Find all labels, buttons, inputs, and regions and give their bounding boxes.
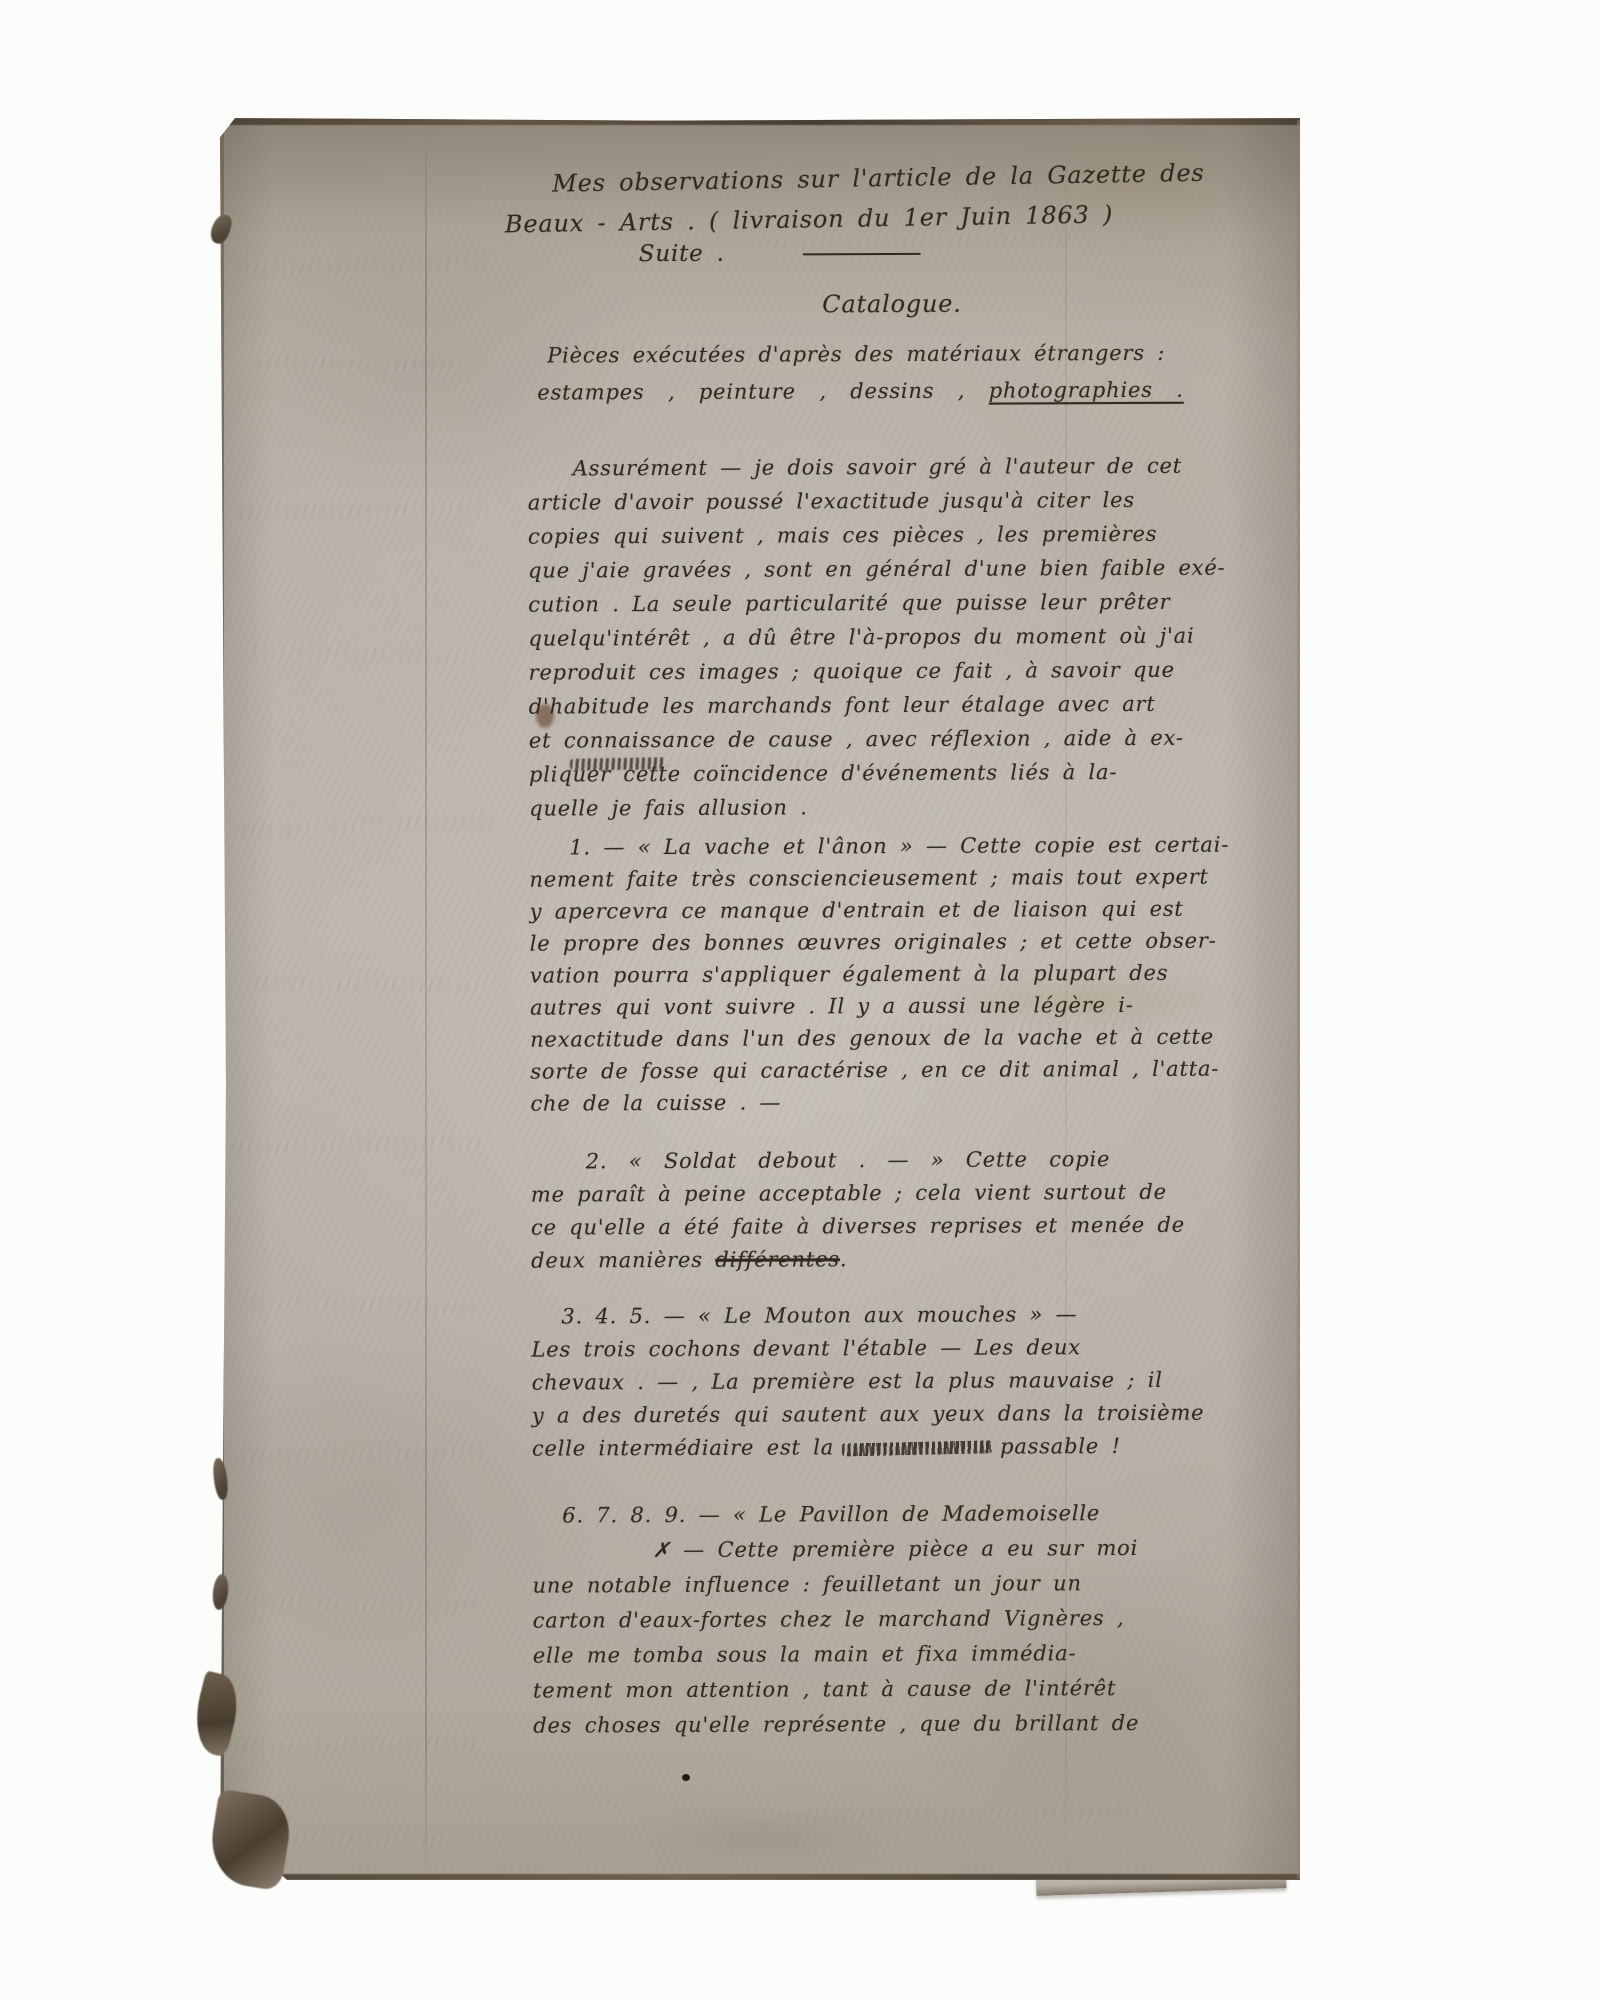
text-line: quelqu'intérêt , a dû être l'à-propos du… xyxy=(528,618,1258,655)
text-line: 1. — « La vache et l'ânon » — Cette copi… xyxy=(569,828,1259,863)
intro-block: Pièces exécutées d'après des matériaux é… xyxy=(527,334,1257,411)
text-line: article d'avoir poussé l'exactitude jusq… xyxy=(528,482,1258,519)
struck-word: différentes xyxy=(715,1247,840,1272)
bleedthrough-text xyxy=(238,254,488,278)
text-line: copies qui suivent , mais ces pièces , l… xyxy=(528,516,1258,553)
manuscript-page: Mes observations sur l'article de la Gaz… xyxy=(220,118,1300,1880)
vertical-fold-line xyxy=(425,118,427,1880)
underlined-word: photographies . xyxy=(989,378,1184,403)
text-line: estampes , peinture , dessins , photogra… xyxy=(537,371,1257,411)
text-line: che de la cuisse . — xyxy=(530,1084,1260,1119)
text-line: deux manières différentes. xyxy=(531,1241,1261,1277)
subtitle: Suite . xyxy=(639,238,1369,267)
bleedthrough-text xyxy=(246,644,481,666)
text-line: 6. 7. 8. 9. — « Le Pavillon de Mademoise… xyxy=(562,1495,1262,1533)
text-line: ✗ — Cette première pièce a eu sur moi xyxy=(652,1530,1262,1568)
catalogue-item-3-4-5: 3. 4. 5. — « Le Mouton aux mouches » — L… xyxy=(531,1297,1262,1465)
text-line: celle intermédiaire est lapassable ! xyxy=(532,1429,1262,1465)
paragraph-opening: Assurément — je dois savoir gré à l'aute… xyxy=(528,448,1260,825)
bleedthrough-text xyxy=(232,501,487,520)
text-line: des choses qu'elle représente , que du b… xyxy=(533,1705,1263,1743)
text-segment: celle intermédiaire est la xyxy=(532,1435,834,1460)
catalogue-item-6-7-8-9: 6. 7. 8. 9. — « Le Pavillon de Mademoise… xyxy=(532,1495,1263,1743)
catalogue-item-2: 2. « Soldat debout . — » Cette copie me … xyxy=(531,1142,1262,1277)
text-line: autres qui vont suivre . Il y a aussi un… xyxy=(530,988,1260,1023)
text-line: 3. 4. 5. — « Le Mouton aux mouches » — xyxy=(561,1297,1261,1333)
bleedthrough-text xyxy=(236,1736,481,1754)
bleedthrough-text xyxy=(250,356,460,373)
text-segment: deux manières xyxy=(531,1248,703,1273)
text-line: une notable influence : feuilletant un j… xyxy=(532,1565,1262,1603)
dash-stroke xyxy=(803,253,921,256)
bleedthrough-text xyxy=(235,813,495,837)
text-line: chevaux . — , La première est la plus ma… xyxy=(532,1363,1262,1399)
text-line: me paraît à peine acceptable ; cela vien… xyxy=(531,1175,1261,1211)
text-line: sorte de fosse qui caractérise , en ce d… xyxy=(530,1052,1260,1087)
text-line: elle me tomba sous la main et fixa imméd… xyxy=(533,1635,1263,1673)
text-line: reproduit ces images ; quoique ce fait ,… xyxy=(528,652,1258,689)
text-segment: . xyxy=(840,1247,848,1271)
scratched-out-word xyxy=(842,1440,992,1456)
text-line: tement mon attention , tant à cause de l… xyxy=(533,1670,1263,1708)
text-line: y apercevra ce manque d'entrain et de li… xyxy=(530,892,1260,927)
text-segment: estampes , peinture , dessins , xyxy=(537,379,965,405)
text-segment: passable ! xyxy=(1000,1434,1121,1459)
text-line: pliquer cette coïncidence d'événements l… xyxy=(529,754,1259,791)
text-line: vation pourra s'appliquer également à la… xyxy=(530,956,1260,991)
subtitle-text: Suite . xyxy=(639,241,725,267)
text-line: cution . La seule particularité que puis… xyxy=(528,584,1258,621)
text-line: carton d'eaux-fortes chez le marchand Vi… xyxy=(533,1600,1263,1638)
bleedthrough-text xyxy=(234,1444,489,1468)
section-heading: Catalogue. xyxy=(527,288,1257,319)
bleedthrough-text xyxy=(246,1596,476,1613)
catalogue-item-1: 1. — « La vache et l'ânon » — Cette copi… xyxy=(529,828,1260,1119)
bleedthrough-text xyxy=(232,1136,482,1155)
text-line: y a des duretés qui sautent aux yeux dan… xyxy=(532,1396,1262,1432)
text-line: Assurément — je dois savoir gré à l'aute… xyxy=(573,448,1258,485)
photograph-background: Mes observations sur l'article de la Gaz… xyxy=(0,0,1600,2000)
text-line: quelle je fais allusion . xyxy=(529,788,1259,825)
text-line: 2. « Soldat debout . — » Cette copie xyxy=(586,1142,1261,1178)
page-right-edge xyxy=(1297,120,1300,1878)
text-line: nexactitude dans l'un des genoux de la v… xyxy=(530,1020,1260,1055)
bleedthrough-text xyxy=(248,976,488,993)
text-line: Les trois cochons devant l'étable — Les … xyxy=(531,1330,1261,1366)
text-line: et connaissance de cause , avec réflexio… xyxy=(529,720,1259,757)
text-line: nement faite très consciencieusement ; m… xyxy=(529,860,1259,895)
text-line: le propre des bonnes œuvres originales ;… xyxy=(530,924,1260,959)
text-line: Pièces exécutées d'après des matériaux é… xyxy=(547,334,1257,374)
text-line: ce qu'elle a été faite à diverses repris… xyxy=(531,1208,1261,1244)
bleedthrough-text xyxy=(244,1294,479,1316)
title-block: Mes observations sur l'article de la Gaz… xyxy=(526,152,1257,244)
text-line: d'habitude les marchands font leur étala… xyxy=(529,686,1259,723)
handwritten-text: Mes observations sur l'article de la Gaz… xyxy=(526,116,1264,1881)
text-line: que j'aie gravées , sont en général d'un… xyxy=(528,550,1258,587)
